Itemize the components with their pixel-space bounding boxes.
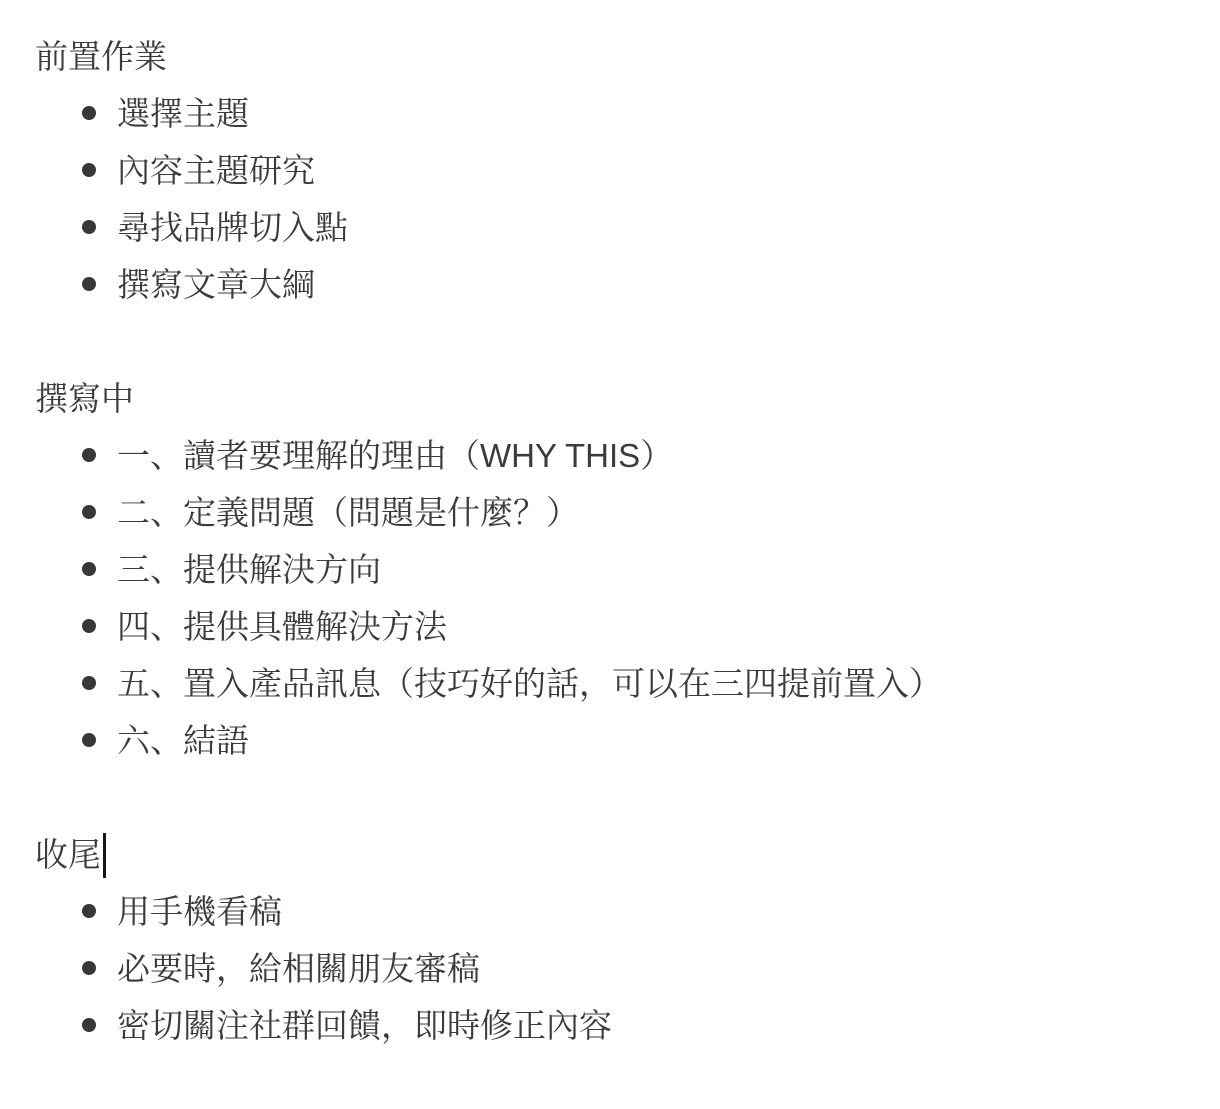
list-item[interactable]: 六、結語 [0,712,1220,769]
list-item[interactable]: 三、提供解決方向 [0,541,1220,598]
blank-line [0,313,1220,370]
list-item[interactable]: 二、定義問題（問題是什麼？） [0,484,1220,541]
section-heading-preparation[interactable]: 前置作業 [0,28,1220,85]
document-page[interactable]: 前置作業 選擇主題 內容主題研究 尋找品牌切入點 撰寫文章大綱 撰寫中 一、讀者… [0,0,1220,1109]
section-heading-writing[interactable]: 撰寫中 [0,370,1220,427]
section-heading-closing[interactable]: 收尾 [0,826,1220,883]
list-item[interactable]: 一、讀者要理解的理由（WHY THIS） [0,427,1220,484]
list-item-text[interactable]: 四、提供具體解決方法 [117,608,447,645]
bullet-icon [82,733,96,747]
list-item[interactable]: 密切關注社群回饋，即時修正內容 [0,997,1220,1054]
list-item-text[interactable]: 必要時，給相關朋友審稿 [117,950,480,987]
bullet-icon [82,562,96,576]
list-item-text[interactable]: 選擇主題 [117,95,249,132]
list-item-text[interactable]: 尋找品牌切入點 [117,209,348,246]
list-item[interactable]: 尋找品牌切入點 [0,199,1220,256]
list-item[interactable]: 撰寫文章大綱 [0,256,1220,313]
section-heading-text[interactable]: 前置作業 [35,38,167,75]
bullet-icon [82,505,96,519]
section-heading-text[interactable]: 收尾 [35,836,101,873]
bullet-icon [82,277,96,291]
bullet-icon [82,106,96,120]
bullet-icon [82,904,96,918]
bullet-icon [82,163,96,177]
bullet-icon [82,676,96,690]
list-item-text[interactable]: 五、置入產品訊息（技巧好的話，可以在三四提前置入） [117,665,942,702]
list-item-text[interactable]: 一、讀者要理解的理由（WHY THIS） [117,437,673,474]
list-item-text[interactable]: 六、結語 [117,722,249,759]
list-item-text[interactable]: 內容主題研究 [117,152,315,189]
bullet-icon [82,220,96,234]
blank-line [0,769,1220,826]
list-item-text[interactable]: 三、提供解決方向 [117,551,381,588]
list-item[interactable]: 四、提供具體解決方法 [0,598,1220,655]
list-item-text[interactable]: 撰寫文章大綱 [117,266,315,303]
list-item[interactable]: 選擇主題 [0,85,1220,142]
text-caret [103,833,106,878]
list-item[interactable]: 用手機看稿 [0,883,1220,940]
list-item-text[interactable]: 二、定義問題（問題是什麼？） [117,494,579,531]
list-item[interactable]: 五、置入產品訊息（技巧好的話，可以在三四提前置入） [0,655,1220,712]
list-item-text[interactable]: 用手機看稿 [117,893,282,930]
list-item-text[interactable]: 密切關注社群回饋，即時修正內容 [117,1007,612,1044]
bullet-icon [82,1018,96,1032]
list-item[interactable]: 內容主題研究 [0,142,1220,199]
list-item[interactable]: 必要時，給相關朋友審稿 [0,940,1220,997]
bullet-icon [82,448,96,462]
bullet-icon [82,961,96,975]
section-heading-text[interactable]: 撰寫中 [35,380,134,417]
bullet-icon [82,619,96,633]
